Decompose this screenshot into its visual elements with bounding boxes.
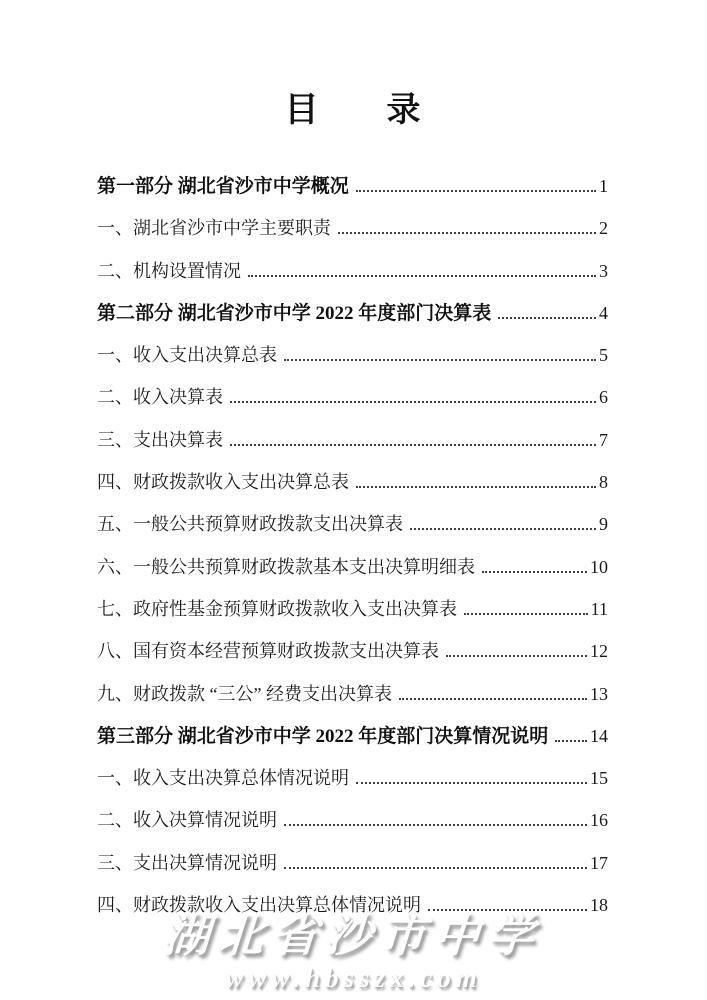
toc-entry-label: 九、财政拨款 “三公” 经费支出决算表: [97, 673, 392, 715]
toc-entry-page: 3: [599, 250, 608, 292]
toc-entry-label: 第二部分 湖北省沙市中学 2022 年度部门决算表: [97, 293, 491, 335]
dot-leader: [248, 275, 596, 277]
toc-entry-label: 一、收入支出决算总表: [97, 334, 277, 376]
toc-section-entry: 第二部分 湖北省沙市中学 2022 年度部门决算表 4: [97, 292, 608, 334]
dot-leader: [338, 232, 596, 234]
toc-item-entry: 四、财政拨款收入支出决算总体情况说明 18: [97, 884, 608, 926]
toc-entry-page: 12: [590, 630, 608, 672]
toc-entry-label: 六、一般公共预算财政拨款基本支出决算明细表: [97, 546, 475, 588]
toc-entry-page: 10: [590, 546, 608, 588]
dot-leader: [356, 486, 596, 488]
toc-item-entry: 二、收入决算表 6: [97, 376, 608, 418]
toc-item-entry: 四、财政拨款收入支出决算总表 8: [97, 461, 608, 503]
toc-item-entry: 二、机构设置情况 3: [97, 250, 608, 292]
dot-leader: [356, 190, 596, 192]
toc-item-entry: 一、湖北省沙市中学主要职责 2: [97, 207, 608, 249]
dot-leader: [284, 359, 596, 361]
toc-entry-page: 9: [599, 503, 608, 545]
toc-entry-label: 二、收入决算情况说明: [97, 799, 277, 841]
dot-leader: [498, 317, 596, 319]
toc-entry-label: 一、收入支出决算总体情况说明: [97, 757, 349, 799]
toc-entry-label: 三、支出决算情况说明: [97, 842, 277, 884]
toc-entry-label: 七、政府性基金预算财政拨款收入支出决算表: [97, 588, 457, 630]
dot-leader: [230, 401, 596, 403]
dot-leader: [446, 655, 587, 657]
toc-entry-page: 11: [591, 588, 608, 630]
dot-leader: [356, 782, 587, 784]
toc-entry-page: 4: [599, 292, 608, 334]
toc-page: 目 录 第一部分 湖北省沙市中学概况 1 一、湖北省沙市中学主要职责 2 二、机…: [0, 0, 707, 1000]
toc-entry-label: 二、收入决算表: [97, 376, 223, 418]
toc-entry-label: 第一部分 湖北省沙市中学概况: [97, 166, 349, 208]
toc-item-entry: 一、收入支出决算总表 5: [97, 334, 608, 376]
toc-entry-label: 八、国有资本经营预算财政拨款支出决算表: [97, 630, 439, 672]
toc-item-entry: 八、国有资本经营预算财政拨款支出决算表 12: [97, 630, 608, 672]
toc-entry-page: 16: [590, 799, 608, 841]
toc-entry-page: 5: [599, 334, 608, 376]
toc-entry-page: 18: [590, 884, 608, 926]
toc-section-entry: 第一部分 湖北省沙市中学概况 1: [97, 165, 608, 207]
toc-entry-label: 二、机构设置情况: [97, 250, 241, 292]
toc-entry-label: 第三部分 湖北省沙市中学 2022 年度部门决算情况说明: [97, 716, 548, 758]
watermark-url: www.hbsszx.com: [0, 962, 707, 994]
dot-leader: [284, 867, 587, 869]
toc-item-entry: 三、支出决算情况说明 17: [97, 842, 608, 884]
dot-leader: [399, 698, 587, 700]
page-title: 目 录: [97, 88, 608, 134]
toc-entry-page: 1: [599, 165, 608, 207]
toc-item-entry: 九、财政拨款 “三公” 经费支出决算表 13: [97, 673, 608, 715]
toc-item-entry: 三、支出决算表 7: [97, 419, 608, 461]
toc-item-entry: 六、一般公共预算财政拨款基本支出决算明细表 10: [97, 546, 608, 588]
toc-entry-page: 2: [599, 207, 608, 249]
dot-leader: [230, 444, 596, 446]
toc-entry-page: 7: [599, 419, 608, 461]
toc-entry-page: 17: [590, 842, 608, 884]
dot-leader: [284, 824, 587, 826]
toc-entry-page: 6: [599, 376, 608, 418]
toc-item-entry: 一、收入支出决算总体情况说明 15: [97, 757, 608, 799]
toc-entry-label: 三、支出决算表: [97, 419, 223, 461]
toc-list: 第一部分 湖北省沙市中学概况 1 一、湖北省沙市中学主要职责 2 二、机构设置情…: [97, 165, 608, 926]
toc-entry-page: 8: [599, 461, 608, 503]
dot-leader: [410, 528, 596, 530]
toc-entry-page: 14: [590, 715, 608, 757]
dot-leader: [428, 909, 587, 911]
toc-entry-label: 四、财政拨款收入支出决算总表: [97, 461, 349, 503]
dot-leader: [555, 740, 587, 742]
toc-entry-label: 四、财政拨款收入支出决算总体情况说明: [97, 884, 421, 926]
toc-entry-page: 13: [590, 673, 608, 715]
toc-section-entry: 第三部分 湖北省沙市中学 2022 年度部门决算情况说明 14: [97, 715, 608, 757]
toc-entry-label: 五、一般公共预算财政拨款支出决算表: [97, 503, 403, 545]
dot-leader: [482, 571, 587, 573]
toc-item-entry: 五、一般公共预算财政拨款支出决算表 9: [97, 503, 608, 545]
toc-item-entry: 七、政府性基金预算财政拨款收入支出决算表 11: [97, 588, 608, 630]
toc-entry-label: 一、湖北省沙市中学主要职责: [97, 207, 331, 249]
dot-leader: [464, 613, 588, 615]
toc-item-entry: 二、收入决算情况说明 16: [97, 799, 608, 841]
toc-entry-page: 15: [590, 757, 608, 799]
